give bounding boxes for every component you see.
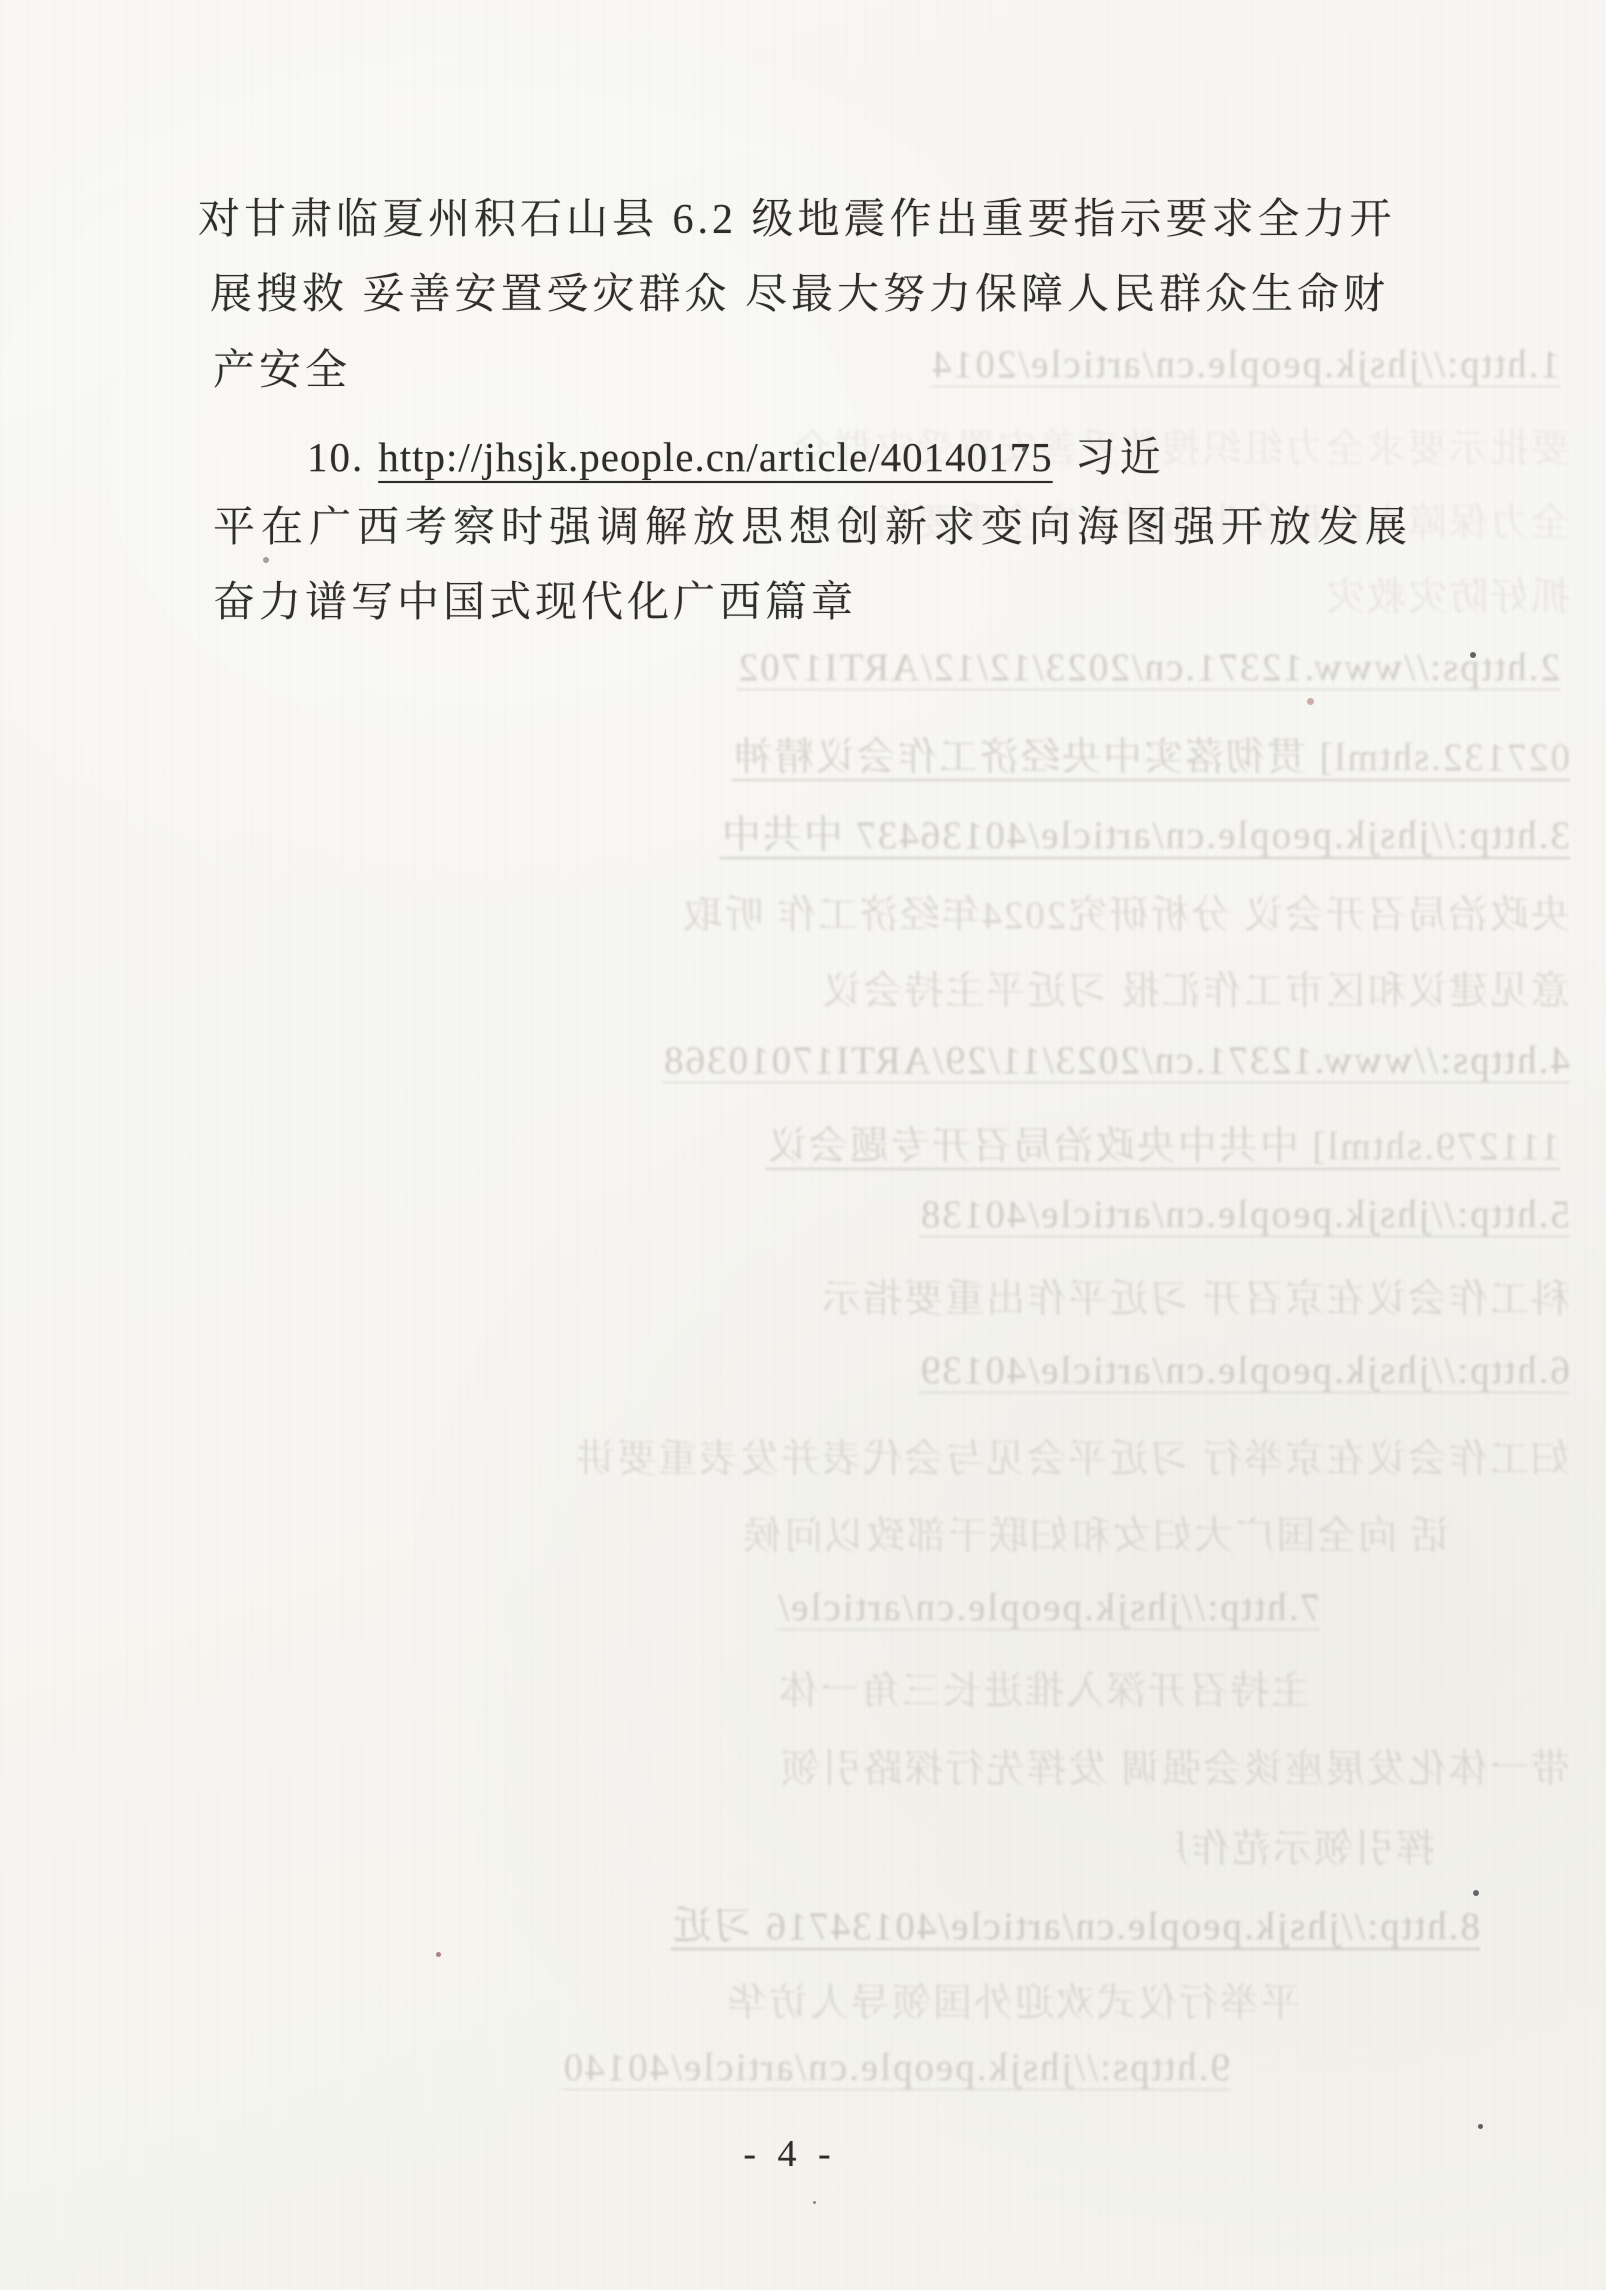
scan-speck: [1473, 1890, 1479, 1896]
bleedthrough-line: 1.http://jhsjk.people.cn/article/2014: [600, 342, 1560, 387]
paragraph2-line1: 平在广西考察时强调解放思想创新求变向海图强开放发展: [213, 494, 1413, 554]
bleedthrough-line: 平举行仪式欢迎外国领导人访华: [600, 1972, 1300, 2028]
scan-speck: [813, 2201, 816, 2204]
bleedthrough-line: 央政治局召开会议 分析研究2024年经济工作 听取: [130, 884, 1570, 940]
scanned-document-page: 1.http://jhsjk.people.cn/article/2014要批示…: [0, 0, 1606, 2290]
bleedthrough-line: 7.http://jhsjk.people.cn/article/: [230, 1585, 1320, 1630]
bleedthrough-line: 4.https://www.12371.cn/2023/11/29/ARTI17…: [230, 1038, 1570, 1083]
bleedthrough-line: 027132.shtml] 贯彻落实中央经济工作会议精神: [700, 726, 1570, 782]
page-number: - 4 -: [0, 2132, 1580, 2176]
bleedthrough-line: 挥引领示范作用: [1175, 1818, 1435, 1874]
item10-url: http://jhsjk.people.cn/article/40140175: [378, 434, 1052, 480]
scan-speck: [436, 1952, 441, 1957]
paragraph2-line2: 奋力谱写中国式现代化广西篇章: [213, 569, 857, 629]
bleedthrough-line: 5.http://jhsjk.people.cn/article/40138: [230, 1192, 1570, 1237]
item10-line: 10.http://jhsjk.people.cn/article/401401…: [307, 424, 1165, 483]
bleedthrough-line: 意见建议和区市工作汇报 习近平主持会议: [130, 960, 1570, 1016]
scan-speck: [1478, 2124, 1483, 2129]
paragraph1-line1: 对甘肃临夏州积石山县 6.2 级地震作出重要指示要求全力开: [198, 186, 1396, 246]
bleedthrough-line: 2.https://www.12371.cn/2023/12/12/ARTI17…: [170, 645, 1560, 690]
bleedthrough-line: 9.https://jhsjk.people.cn/article/40140: [350, 2045, 1230, 2090]
paragraph1-line2: 展搜救 妥善安置受灾群众 尽最大努力保障人民群众生命财: [210, 261, 1389, 321]
scan-speck: [263, 557, 269, 563]
scan-speck: [1470, 652, 1476, 658]
bleedthrough-line: 带一体化发展座谈会强调 发挥先行探路引领: [330, 1738, 1570, 1794]
bleedthrough-line: 8.http://jhsjk.people.cn/article/4013471…: [300, 1895, 1480, 1951]
bleedthrough-line: 3.http://jhsjk.people.cn/article/4013643…: [230, 804, 1570, 860]
paragraph1-line3: 产安全: [213, 337, 351, 397]
bleedthrough-line: 话 向全国广大妇女和妇联干部致以问候: [280, 1505, 1450, 1561]
bleedthrough-line: 抓好防灾救灾: [1100, 566, 1570, 622]
bleedthrough-line: 6.http://jhsjk.people.cn/article/40139: [230, 1348, 1570, 1393]
item10-tail: 习近: [1075, 434, 1165, 480]
scan-speck: [1307, 698, 1314, 705]
bleedthrough-line: 妇工作会议在京举行 习近平会见与会代表并发表重要讲: [250, 1428, 1570, 1484]
bleedthrough-line: 主持召开深入推进长三角一体: [300, 1660, 1310, 1716]
bleedthrough-line: 科工作会议在京召开 习近平作出重要指示: [230, 1268, 1570, 1324]
item10-index: 10.: [307, 434, 364, 480]
bleedthrough-line: 111279.shtml] 中共中央政治局召开专题会议: [560, 1115, 1560, 1171]
